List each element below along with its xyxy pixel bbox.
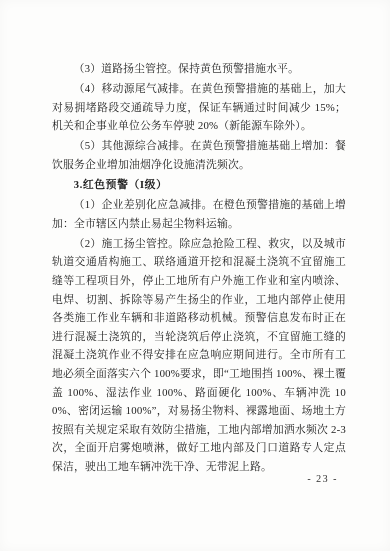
paragraph-other-source-emission: （5）其他源综合减排。在黄色预警措施基础上增加：餐饮服务企业增加油烟净化设施清洗…	[52, 137, 346, 174]
paragraph-road-dust-control: （3）道路扬尘管控。保持黄色预警措施水平。	[52, 60, 346, 79]
document-body: （3）道路扬尘管控。保持黄色预警措施水平。 （4）移动源尾气减排。在黄色预警措施…	[52, 60, 346, 478]
document-page: （3）道路扬尘管控。保持黄色预警措施水平。 （4）移动源尾气减排。在黄色预警措施…	[0, 0, 390, 551]
heading-red-alert-level-1: 3.红色预警（I级）	[52, 176, 346, 195]
page-number: - 23 -	[307, 474, 338, 485]
paragraph-mobile-source-emission: （4）移动源尾气减排。在黄色预警措施的基础上，加大对易拥堵路段交通疏导力度，保证…	[52, 80, 346, 136]
paragraph-enterprise-differentiated-emission: （1）企业差别化应急减排。在橙色预警措施的基础上增加：全市辖区内禁止易起尘物料运…	[52, 196, 346, 233]
paragraph-construction-dust-control: （2）施工扬尘管控。除应急抢险工程、救灾，以及城市轨道交通盾构施工、联络通道开挖…	[52, 235, 346, 477]
